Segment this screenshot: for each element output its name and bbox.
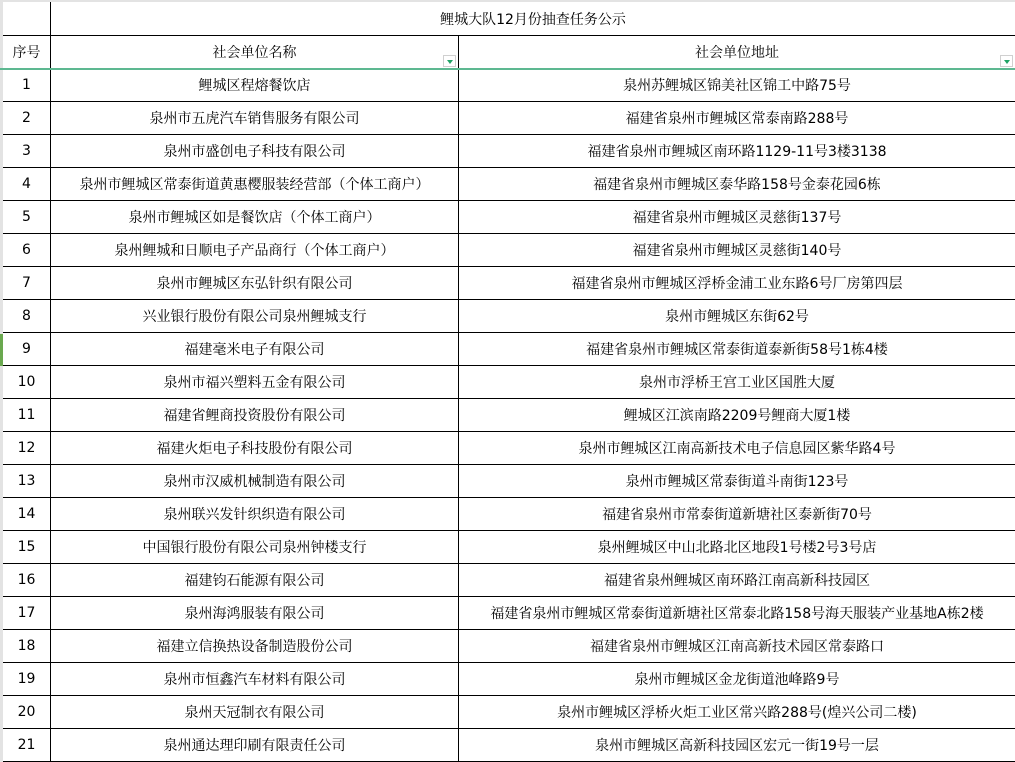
cell-address[interactable]: 福建省泉州市鲤城区浮桥金浦工业东路6号厂房第四层 xyxy=(459,267,1015,300)
cell-index[interactable]: 6 xyxy=(3,234,51,267)
table-row: 12福建火炬电子科技股份有限公司泉州市鲤城区江南高新技术电子信息园区紫华路4号 xyxy=(3,432,1015,465)
table-row: 13泉州市汉威机械制造有限公司泉州市鲤城区常泰街道斗南街123号 xyxy=(3,465,1015,498)
cell-index[interactable]: 20 xyxy=(3,696,51,729)
table-row: 10泉州市福兴塑料五金有限公司泉州市浮桥王宫工业区国胜大厦 xyxy=(3,366,1015,399)
cell-address[interactable]: 福建省泉州市鲤城区江南高新技术园区常泰路口 xyxy=(459,630,1015,663)
cell-index[interactable]: 16 xyxy=(3,564,51,597)
sheet-title: 鲤城大队12月份抽查任务公示 xyxy=(440,9,626,29)
cell-name[interactable]: 泉州市鲤城区常泰街道黄惠樱服装经营部（个体工商户） xyxy=(51,168,459,201)
sheet-title-cell[interactable]: 鲤城大队12月份抽查任务公示 xyxy=(51,2,1015,36)
cell-address[interactable]: 福建省泉州市鲤城区南环路1129-11号3楼3138 xyxy=(459,135,1015,168)
header-address-label: 社会单位地址 xyxy=(695,45,779,61)
cell-address[interactable]: 福建省泉州鲤城区南环路江南高新科技园区 xyxy=(459,564,1015,597)
header-name-label: 社会单位名称 xyxy=(213,45,297,61)
freeze-pane-line xyxy=(0,68,1015,70)
cell-index[interactable]: 19 xyxy=(3,663,51,696)
table-row: 21泉州通达理印刷有限责任公司泉州市鲤城区高新科技园区宏元一街19号一层 xyxy=(3,729,1015,762)
cell-index[interactable]: 2 xyxy=(3,102,51,135)
header-name[interactable]: 社会单位名称 xyxy=(51,36,459,69)
table-row: 8兴业银行股份有限公司泉州鲤城支行泉州市鲤城区东街62号 xyxy=(3,300,1015,333)
cell-index[interactable]: 4 xyxy=(3,168,51,201)
table-row: 6泉州鲤城和日顺电子产品商行（个体工商户）福建省泉州市鲤城区灵慈街140号 xyxy=(3,234,1015,267)
cell-index[interactable]: 3 xyxy=(3,135,51,168)
title-row: 鲤城大队12月份抽查任务公示 xyxy=(3,2,1015,36)
title-blank-cell[interactable] xyxy=(3,2,51,36)
cell-index[interactable]: 17 xyxy=(3,597,51,630)
cell-index[interactable]: 12 xyxy=(3,432,51,465)
cell-name[interactable]: 鲤城区程熔餐饮店 xyxy=(51,69,459,102)
table-row: 19泉州市恒鑫汽车材料有限公司泉州市鲤城区金龙街道池峰路9号 xyxy=(3,663,1015,696)
cell-address[interactable]: 泉州市鲤城区高新科技园区宏元一街19号一层 xyxy=(459,729,1015,762)
table-row: 20泉州天冠制衣有限公司泉州市鲤城区浮桥火炬工业区常兴路288号(煌兴公司二楼) xyxy=(3,696,1015,729)
cell-name[interactable]: 泉州市恒鑫汽车材料有限公司 xyxy=(51,663,459,696)
table-row: 5泉州市鲤城区如是餐饮店（个体工商户）福建省泉州市鲤城区灵慈街137号 xyxy=(3,201,1015,234)
table-row: 7泉州市鲤城区东弘针织有限公司福建省泉州市鲤城区浮桥金浦工业东路6号厂房第四层 xyxy=(3,267,1015,300)
cell-name[interactable]: 泉州海鸿服装有限公司 xyxy=(51,597,459,630)
cell-name[interactable]: 泉州市盛创电子科技有限公司 xyxy=(51,135,459,168)
header-row: 序号 社会单位名称 社会单位地址 xyxy=(3,36,1015,69)
cell-name[interactable]: 泉州市福兴塑料五金有限公司 xyxy=(51,366,459,399)
cell-name[interactable]: 福建省鲤商投资股份有限公司 xyxy=(51,399,459,432)
table-row: 1鲤城区程熔餐饮店泉州苏鲤城区锦美社区锦工中路75号 xyxy=(3,69,1015,102)
cell-index[interactable]: 14 xyxy=(3,498,51,531)
table-row: 18福建立信换热设备制造股份公司福建省泉州市鲤城区江南高新技术园区常泰路口 xyxy=(3,630,1015,663)
table-row: 16福建钧石能源有限公司福建省泉州鲤城区南环路江南高新科技园区 xyxy=(3,564,1015,597)
header-address[interactable]: 社会单位地址 xyxy=(459,36,1015,69)
cell-name[interactable]: 泉州市汉威机械制造有限公司 xyxy=(51,465,459,498)
cell-address[interactable]: 福建省泉州市鲤城区常泰街道新塘社区常泰北路158号海天服装产业基地A栋2楼 xyxy=(459,597,1015,630)
cell-address[interactable]: 福建省泉州市鲤城区常泰南路288号 xyxy=(459,102,1015,135)
cell-index[interactable]: 9 xyxy=(3,333,51,366)
cell-address[interactable]: 泉州市鲤城区浮桥火炬工业区常兴路288号(煌兴公司二楼) xyxy=(459,696,1015,729)
table-row: 17泉州海鸿服装有限公司福建省泉州市鲤城区常泰街道新塘社区常泰北路158号海天服… xyxy=(3,597,1015,630)
cell-address[interactable]: 泉州市鲤城区江南高新技术电子信息园区紫华路4号 xyxy=(459,432,1015,465)
cell-index[interactable]: 8 xyxy=(3,300,51,333)
cell-index[interactable]: 5 xyxy=(3,201,51,234)
cell-index[interactable]: 10 xyxy=(3,366,51,399)
cell-index[interactable]: 7 xyxy=(3,267,51,300)
cell-name[interactable]: 福建钧石能源有限公司 xyxy=(51,564,459,597)
cell-index[interactable]: 13 xyxy=(3,465,51,498)
cell-name[interactable]: 泉州天冠制衣有限公司 xyxy=(51,696,459,729)
table-row: 11福建省鲤商投资股份有限公司鲤城区江滨南路2209号鲤商大厦1楼 xyxy=(3,399,1015,432)
cell-address[interactable]: 泉州市鲤城区常泰街道斗南街123号 xyxy=(459,465,1015,498)
cell-address[interactable]: 泉州市浮桥王宫工业区国胜大厦 xyxy=(459,366,1015,399)
cell-name[interactable]: 泉州市五虎汽车销售服务有限公司 xyxy=(51,102,459,135)
table-row: 4泉州市鲤城区常泰街道黄惠樱服装经营部（个体工商户）福建省泉州市鲤城区泰华路15… xyxy=(3,168,1015,201)
cell-address[interactable]: 泉州市鲤城区东街62号 xyxy=(459,300,1015,333)
table-row: 9福建毫米电子有限公司福建省泉州市鲤城区常泰街道泰新街58号1栋4楼 xyxy=(3,333,1015,366)
cell-name[interactable]: 兴业银行股份有限公司泉州鲤城支行 xyxy=(51,300,459,333)
table-row: 15中国银行股份有限公司泉州钟楼支行泉州鲤城区中山北路北区地段1号楼2号3号店 xyxy=(3,531,1015,564)
cell-name[interactable]: 福建立信换热设备制造股份公司 xyxy=(51,630,459,663)
cell-name[interactable]: 中国银行股份有限公司泉州钟楼支行 xyxy=(51,531,459,564)
cell-name[interactable]: 泉州联兴发针织织造有限公司 xyxy=(51,498,459,531)
filter-dropdown-icon[interactable] xyxy=(443,55,456,67)
cell-name[interactable]: 泉州通达理印刷有限责任公司 xyxy=(51,729,459,762)
cell-address[interactable]: 福建省泉州市常泰街道新塘社区泰新街70号 xyxy=(459,498,1015,531)
table-row: 2泉州市五虎汽车销售服务有限公司福建省泉州市鲤城区常泰南路288号 xyxy=(3,102,1015,135)
cell-name[interactable]: 泉州鲤城和日顺电子产品商行（个体工商户） xyxy=(51,234,459,267)
cell-name[interactable]: 泉州市鲤城区如是餐饮店（个体工商户） xyxy=(51,201,459,234)
spreadsheet-grid: 鲤城大队12月份抽查任务公示 序号 社会单位名称 社会单位地址 1鲤城区程熔餐饮… xyxy=(3,2,1015,762)
cell-address[interactable]: 泉州市鲤城区金龙街道池峰路9号 xyxy=(459,663,1015,696)
cell-address[interactable]: 福建省泉州市鲤城区泰华路158号金泰花园6栋 xyxy=(459,168,1015,201)
cell-address[interactable]: 鲤城区江滨南路2209号鲤商大厦1楼 xyxy=(459,399,1015,432)
table-row: 14泉州联兴发针织织造有限公司福建省泉州市常泰街道新塘社区泰新街70号 xyxy=(3,498,1015,531)
cell-index[interactable]: 18 xyxy=(3,630,51,663)
cell-address[interactable]: 泉州苏鲤城区锦美社区锦工中路75号 xyxy=(459,69,1015,102)
cell-address[interactable]: 福建省泉州市鲤城区常泰街道泰新街58号1栋4楼 xyxy=(459,333,1015,366)
cell-index[interactable]: 15 xyxy=(3,531,51,564)
cell-index[interactable]: 1 xyxy=(3,69,51,102)
header-index[interactable]: 序号 xyxy=(3,36,51,69)
cell-address[interactable]: 福建省泉州市鲤城区灵慈街140号 xyxy=(459,234,1015,267)
filter-dropdown-icon[interactable] xyxy=(1000,55,1013,67)
cell-address[interactable]: 福建省泉州市鲤城区灵慈街137号 xyxy=(459,201,1015,234)
cell-address[interactable]: 泉州鲤城区中山北路北区地段1号楼2号3号店 xyxy=(459,531,1015,564)
cell-index[interactable]: 11 xyxy=(3,399,51,432)
cell-name[interactable]: 泉州市鲤城区东弘针织有限公司 xyxy=(51,267,459,300)
cell-index[interactable]: 21 xyxy=(3,729,51,762)
cell-name[interactable]: 福建毫米电子有限公司 xyxy=(51,333,459,366)
cell-name[interactable]: 福建火炬电子科技股份有限公司 xyxy=(51,432,459,465)
task-table: 鲤城大队12月份抽查任务公示 序号 社会单位名称 社会单位地址 1鲤城区程熔餐饮… xyxy=(3,2,1015,762)
table-row: 3泉州市盛创电子科技有限公司福建省泉州市鲤城区南环路1129-11号3楼3138 xyxy=(3,135,1015,168)
